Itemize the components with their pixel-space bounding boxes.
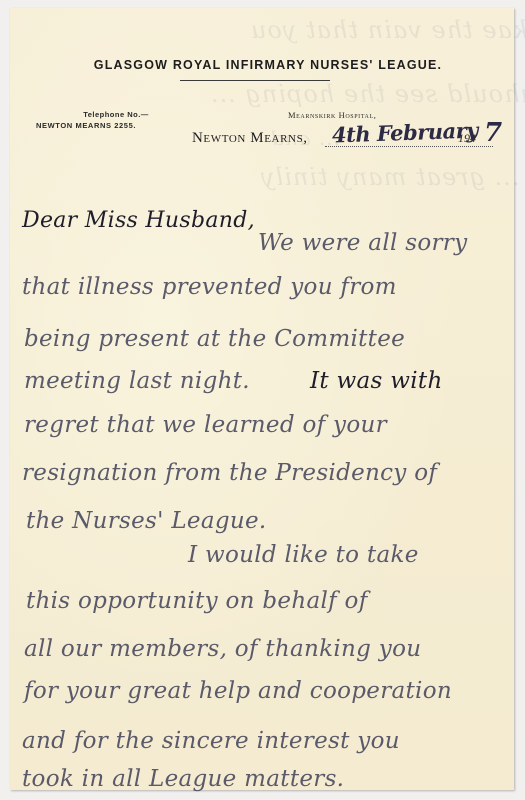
telephone-label: Telephone No.— [61,110,171,119]
letter-line: the Nurses' League. [26,508,267,534]
letter-line: It was with [310,368,443,394]
letter-line: I would like to take [188,542,419,568]
handwritten-year-digit: 7 [484,118,502,148]
bleed-through-text: ahould see the hoping ... [210,80,525,108]
letter-line: meeting last night. [24,368,250,394]
hospital-name: Mearnskirk Hospital, [288,110,376,120]
printed-year: 194 [458,131,476,146]
organization-name: GLASGOW ROYAL INFIRMARY NURSES' LEAGUE. [10,58,514,72]
letter-line: for your great help and cooperation [24,678,452,704]
letter-line: and for the sincere interest you [22,728,400,754]
letter-paper: Ikae the vain that you ahould see the ho… [10,8,514,790]
bleed-through-text: presence ... great many tinily [260,163,525,191]
letter-line: resignation from the Presidency of [22,460,437,486]
handwritten-date: 4th February [332,117,479,147]
letter-line: took in all League matters. [22,766,344,792]
letter-line: that illness prevented you from [22,274,397,300]
place-name: Newton Mearns, [192,130,308,147]
letter-line: this opportunity on behalf of [26,588,368,614]
salutation: Dear Miss Husband, [22,208,255,233]
letterhead-divider [180,80,330,81]
letter-line: regret that we learned of your [24,412,387,438]
letter-line: being present at the Committee [24,326,405,352]
letter-line: all our members, of thanking you [24,636,421,662]
bleed-through-text: Ikae the vain that you [250,16,525,44]
letter-line: We were all sorry [258,230,467,256]
telephone-number: NEWTON MEARNS 2255. [36,121,136,130]
